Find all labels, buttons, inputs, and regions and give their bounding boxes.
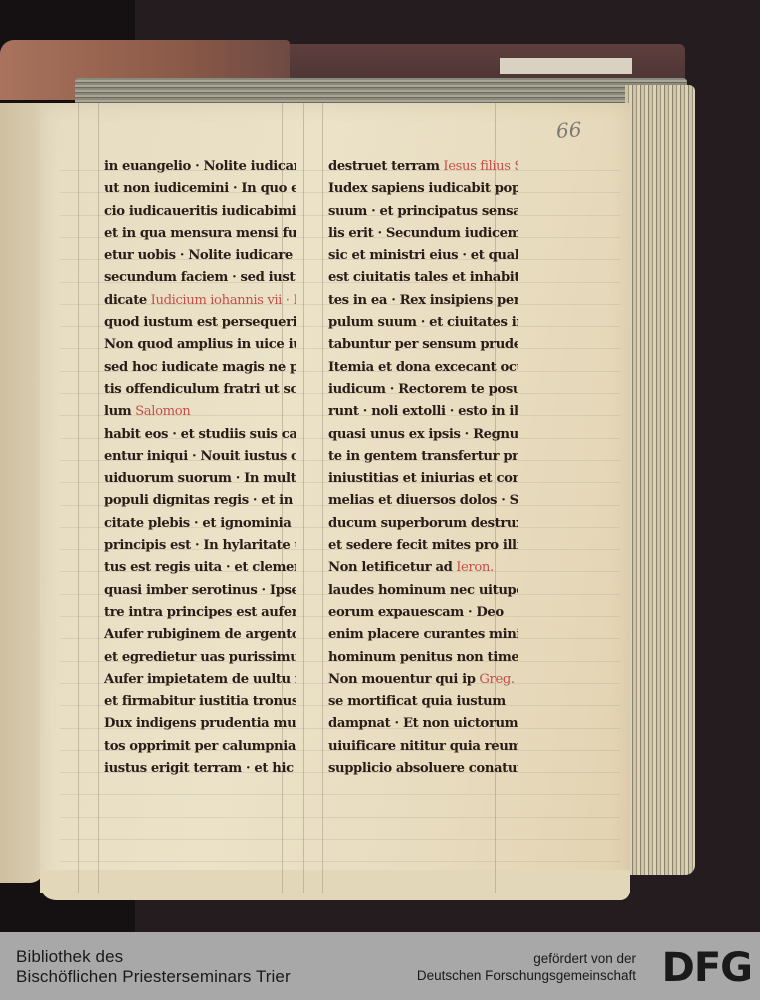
manuscript-line: tes in ea · Rex insipiens perdet po bbox=[328, 290, 518, 312]
ruling-line bbox=[303, 103, 304, 893]
ruling-line bbox=[60, 170, 620, 171]
ruling-line bbox=[60, 527, 620, 528]
ruling-line bbox=[322, 103, 323, 893]
paper-slip bbox=[500, 58, 632, 74]
manuscript-line: entur iniqui · Nouit iustus causas bbox=[104, 446, 296, 468]
manuscript-line: tos opprimit per calumpniam Rex bbox=[104, 736, 296, 758]
manuscript-line: et egredietur uas purissimum · bbox=[104, 647, 296, 669]
rubric-text: Greg. bbox=[476, 672, 515, 687]
manuscript-line: laudes hominum nec uituperationes bbox=[328, 580, 518, 602]
manuscript-line: tabuntur per sensum prudentium bbox=[328, 334, 518, 356]
manuscript-line: et in qua mensura mensi fueritis remeti bbox=[104, 223, 296, 245]
ruling-line bbox=[60, 571, 620, 572]
line-text: dampnat · Et non uictorum bbox=[328, 716, 518, 731]
facing-page-left bbox=[0, 103, 44, 883]
library-line-1: Bibliothek des bbox=[16, 947, 291, 967]
manuscript-line: enim placere curantes minime bbox=[328, 624, 518, 646]
manuscript-line: Itemia et dona excecant oculos bbox=[328, 357, 518, 379]
line-text: et firmabitur iustitia tronus eius · bbox=[104, 694, 296, 709]
ruling-line bbox=[60, 326, 620, 327]
line-text: ut non iudicemini · In quo enim iudi bbox=[104, 181, 296, 196]
funder-line-1: gefördert von der bbox=[417, 950, 636, 967]
ruling-line bbox=[60, 705, 620, 706]
manuscript-line: est ciuitatis tales et inhabitan bbox=[328, 267, 518, 289]
ruling-line bbox=[60, 282, 620, 283]
ruling-line bbox=[60, 661, 620, 662]
manuscript-line: ut non iudicemini · In quo enim iudi bbox=[104, 178, 296, 200]
manuscript-line: Iudex sapiens iudicabit populum bbox=[328, 178, 518, 200]
line-text: Non mouentur qui ip bbox=[328, 672, 476, 687]
ruling-line bbox=[60, 482, 620, 483]
line-text: quasi imber serotinus · Ipse peccata bbox=[104, 583, 296, 598]
page-edges-right bbox=[625, 85, 695, 875]
line-text: cio iudicaueritis iudicabimini · bbox=[104, 204, 296, 219]
manuscript-line: et sedere fecit mites pro illis bbox=[328, 535, 518, 557]
manuscript-line: sed hoc iudicate magis ne ponatis bbox=[104, 357, 296, 379]
line-text: Non letificetur ad bbox=[328, 560, 452, 575]
line-text: etur uobis · Nolite iudicare bbox=[104, 248, 293, 263]
manuscript-line: Non letificetur ad Ieron. bbox=[328, 557, 518, 579]
manuscript-line: in euangelio · Nolite iudicare bbox=[104, 156, 296, 178]
manuscript-line: cio iudicaueritis iudicabimini · bbox=[104, 201, 296, 223]
text-column-right: destruet terram Iesus filius SyrachIudex… bbox=[328, 156, 518, 780]
ruling-line bbox=[60, 415, 620, 416]
footer-banner: Bibliothek des Bischöflichen Priestersem… bbox=[0, 932, 760, 1000]
ruling-line bbox=[60, 438, 620, 439]
line-text: tis offendiculum fratri ut scandalum bbox=[104, 382, 296, 397]
line-text: secundum faciem · sed iustum iudicium iu bbox=[104, 270, 296, 285]
line-text: destruet terram bbox=[328, 159, 440, 174]
manuscript-line: Dux indigens prudentia mul bbox=[104, 713, 296, 735]
ruling-line bbox=[60, 861, 620, 862]
ruling-line bbox=[60, 259, 620, 260]
manuscript-line: iniustitias et iniurias et contu bbox=[328, 468, 518, 490]
ruling-line bbox=[60, 460, 620, 461]
manuscript-line: lum Salomon bbox=[104, 401, 296, 423]
manuscript-line: ducum superborum destruxit deus bbox=[328, 513, 518, 535]
manuscript-line: dampnat · Et non uictorum bbox=[328, 713, 518, 735]
manuscript-line: etur uobis · Nolite iudicare bbox=[104, 245, 296, 267]
line-text: citate plebis · et ignominia bbox=[104, 516, 291, 531]
manuscript-line: secundum faciem · sed iustum iudicium iu bbox=[104, 267, 296, 289]
ruling-line bbox=[78, 103, 79, 893]
manuscript-line: melias et diuersos dolos · Sedes bbox=[328, 490, 518, 512]
line-text: Aufer rubiginem de argento bbox=[104, 627, 296, 642]
line-text: Non quod amplius in uice iudicanti bbox=[104, 337, 296, 352]
line-text: et sedere fecit mites pro illis bbox=[328, 538, 518, 553]
line-text: tes in ea · Rex insipiens perdet po bbox=[328, 293, 518, 308]
line-text: est ciuitatis tales et inhabitan bbox=[328, 270, 518, 285]
manuscript-line: citate plebis · et ignominia bbox=[104, 513, 296, 535]
line-text: tos opprimit per calumpniam Rex bbox=[104, 739, 296, 754]
line-text: sic et ministri eius · et qualis rector bbox=[328, 248, 518, 263]
line-text: tus est regis uita · et clementia eius bbox=[104, 560, 296, 575]
manuscript-line: dicate Iudicium iohannis vii · Iuste bbox=[104, 290, 296, 312]
line-text: iustus erigit terram · et hic dux bbox=[104, 761, 296, 776]
manuscript-line: destruet terram Iesus filius Syrach bbox=[328, 156, 518, 178]
ruling-line bbox=[60, 192, 620, 193]
ruling-line bbox=[60, 505, 620, 506]
rubric-text: Salomon bbox=[131, 404, 190, 419]
ruling-line bbox=[60, 371, 620, 372]
manuscript-line: eorum expauescam · Deo bbox=[328, 602, 518, 624]
manuscript-line: Aufer rubiginem de argento bbox=[104, 624, 296, 646]
line-text: principis est · In hylaritate uul bbox=[104, 538, 296, 553]
line-text: Itemia et dona excecant oculos bbox=[328, 360, 518, 375]
manuscript-line: pulum suum · et ciuitates inhabi bbox=[328, 312, 518, 334]
ruling-line bbox=[60, 393, 620, 394]
line-text: iudicum · Rectorem te posue bbox=[328, 382, 518, 397]
ruling-line bbox=[60, 237, 620, 238]
ruling-line bbox=[60, 817, 620, 818]
line-text: entur iniqui · Nouit iustus causas bbox=[104, 449, 296, 464]
manuscript-line: tre intra principes est auferunt bbox=[104, 602, 296, 624]
line-text: iniustitias et iniurias et contu bbox=[328, 471, 518, 486]
line-text: tabuntur per sensum prudentium bbox=[328, 337, 518, 352]
line-text: runt · noli extolli · esto in illis bbox=[328, 404, 518, 419]
rubric-text: Iesus filius Syrach bbox=[440, 159, 518, 174]
manuscript-line: hominum penitus non timeamus bbox=[328, 647, 518, 669]
ruling-line bbox=[60, 594, 620, 595]
line-text: in euangelio · Nolite iudicare bbox=[104, 159, 296, 174]
manuscript-line: Aufer impietatem de uultu regis bbox=[104, 669, 296, 691]
manuscript-line: quasi unus ex ipsis · Regnum a gente bbox=[328, 424, 518, 446]
funder-line-2: Deutschen Forschungsgemeinschaft bbox=[417, 967, 636, 984]
ruling-line bbox=[60, 772, 620, 773]
line-text: suum · et principatus sensati stabi bbox=[328, 204, 518, 219]
line-text: laudes hominum nec uituperationes bbox=[328, 583, 518, 598]
manuscript-line: iustus erigit terram · et hic dux bbox=[104, 758, 296, 780]
line-text: melias et diuersos dolos · Sedes bbox=[328, 493, 518, 508]
manuscript-line: quasi imber serotinus · Ipse peccata bbox=[104, 580, 296, 602]
line-text: ducum superborum destruxit deus bbox=[328, 516, 518, 531]
line-text: pulum suum · et ciuitates inhabi bbox=[328, 315, 518, 330]
line-text: lis erit · Secundum iudicem populi bbox=[328, 226, 518, 241]
manuscript-line: principis est · In hylaritate uul bbox=[104, 535, 296, 557]
ruling-line bbox=[60, 549, 620, 550]
line-text: uiduorum suorum · In multitudine bbox=[104, 471, 296, 486]
ruling-line bbox=[60, 638, 620, 639]
line-text: sed hoc iudicate magis ne ponatis bbox=[104, 360, 296, 375]
line-text: te in gentem transfertur propter bbox=[328, 449, 518, 464]
line-text: hominum penitus non timeamus bbox=[328, 650, 518, 665]
rubric-text: Ieron. bbox=[452, 560, 493, 575]
manuscript-line: te in gentem transfertur propter bbox=[328, 446, 518, 468]
line-text: Aufer impietatem de uultu regis bbox=[104, 672, 296, 687]
manuscript-line: se mortificat quia iustum bbox=[328, 691, 518, 713]
line-text: lum bbox=[104, 404, 131, 419]
manuscript-line: uiuificare nititur quia reum a bbox=[328, 736, 518, 758]
manuscript-line: quod iustum est persequeris Deutr. bbox=[104, 312, 296, 334]
manuscript-line: populi dignitas regis · et in pau bbox=[104, 490, 296, 512]
line-text: Iudex sapiens iudicabit populum bbox=[328, 181, 518, 196]
library-line-2: Bischöflichen Priesterseminars Trier bbox=[16, 967, 291, 987]
ruling-line bbox=[60, 616, 620, 617]
line-text: se mortificat quia iustum bbox=[328, 694, 506, 709]
manuscript-line: sic et ministri eius · et qualis rector bbox=[328, 245, 518, 267]
ruling-line bbox=[60, 839, 620, 840]
line-text: eorum expauescam · Deo bbox=[328, 605, 504, 620]
library-credit: Bibliothek des Bischöflichen Priestersem… bbox=[16, 947, 291, 987]
line-text: et in qua mensura mensi fueritis remeti bbox=[104, 226, 296, 241]
manuscript-line: Non mouentur qui ip Greg. bbox=[328, 669, 518, 691]
line-text: Dux indigens prudentia mul bbox=[104, 716, 296, 731]
manuscript-line: uiduorum suorum · In multitudine bbox=[104, 468, 296, 490]
ruling-line bbox=[60, 794, 620, 795]
line-text: et egredietur uas purissimum · bbox=[104, 650, 296, 665]
line-text: uiuificare nititur quia reum a bbox=[328, 739, 518, 754]
manuscript-line: suum · et principatus sensati stabi bbox=[328, 201, 518, 223]
ruling-line bbox=[98, 103, 99, 893]
ruling-line bbox=[60, 215, 620, 216]
rubric-text: Iudicium iohannis vii · Iuste bbox=[147, 293, 296, 308]
ruling-line bbox=[60, 304, 620, 305]
line-text: habit eos · et studiis suis capi bbox=[104, 427, 296, 442]
manuscript-line: Non quod amplius in uice iudicanti bbox=[104, 334, 296, 356]
ruling-line bbox=[60, 728, 620, 729]
line-text: dicate bbox=[104, 293, 147, 308]
text-column-left: in euangelio · Nolite iudicareut non iud… bbox=[104, 156, 296, 780]
page-bottom-edge bbox=[40, 870, 630, 900]
line-text: supplicio absoluere conatur · bbox=[328, 761, 518, 776]
manuscript-line: habit eos · et studiis suis capi bbox=[104, 424, 296, 446]
manuscript-scan: 66 in euangelio · Nolite iudicareut non … bbox=[0, 0, 760, 932]
folio-number: 66 bbox=[555, 117, 582, 143]
line-text: populi dignitas regis · et in pau bbox=[104, 493, 296, 508]
line-text: quod iustum est persequeris bbox=[104, 315, 296, 330]
ruling-line bbox=[60, 348, 620, 349]
manuscript-line: lis erit · Secundum iudicem populi bbox=[328, 223, 518, 245]
manuscript-line: tus est regis uita · et clementia eius bbox=[104, 557, 296, 579]
line-text: enim placere curantes minime bbox=[328, 627, 518, 642]
manuscript-line: runt · noli extolli · esto in illis bbox=[328, 401, 518, 423]
manuscript-line: iudicum · Rectorem te posue bbox=[328, 379, 518, 401]
ruling-line bbox=[60, 750, 620, 751]
ruling-line bbox=[60, 683, 620, 684]
line-text: quasi unus ex ipsis · Regnum a gente bbox=[328, 427, 518, 442]
dfg-logo: DFG bbox=[662, 949, 752, 987]
manuscript-line: tis offendiculum fratri ut scandalum bbox=[104, 379, 296, 401]
manuscript-line: et firmabitur iustitia tronus eius · bbox=[104, 691, 296, 713]
funder-credit: gefördert von der Deutschen Forschungsge… bbox=[417, 950, 636, 984]
line-text: tre intra principes est auferunt bbox=[104, 605, 296, 620]
manuscript-line: supplicio absoluere conatur · bbox=[328, 758, 518, 780]
